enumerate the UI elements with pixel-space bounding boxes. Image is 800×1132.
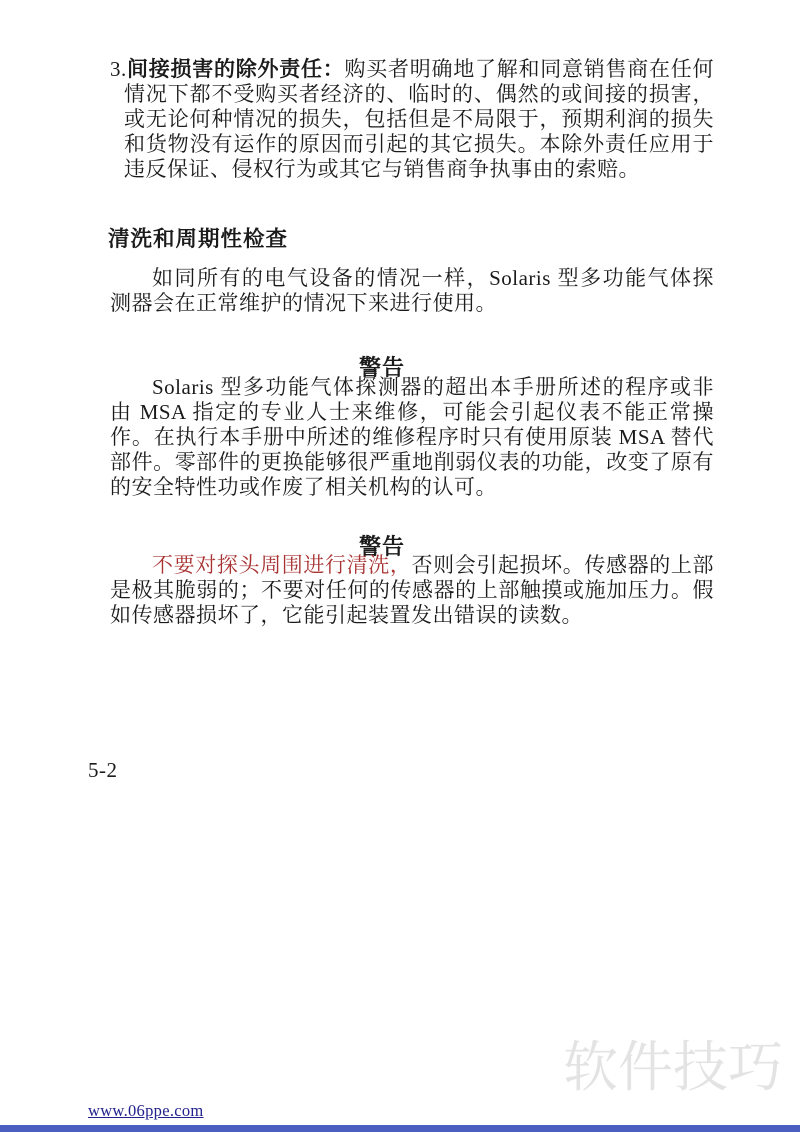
- document-page: 3.间接损害的除外责任：购买者明确地了解和同意销售商在任何情况下都不受购买者经济…: [0, 0, 800, 1132]
- warning-cleaning-paragraph: 不要对探头周围进行清洗，否则会引起损坏。传感器的上部是极其脆弱的；不要对任何的传…: [110, 553, 714, 628]
- warning-service-paragraph: Solaris 型多功能气体探测器的超出本手册所述的程序或非由 MSA 指定的专…: [110, 375, 714, 500]
- watermark-text: 软件技巧: [563, 1040, 783, 1095]
- intro-paragraph: 如同所有的电气设备的情况一样，Solaris 型多功能气体探测器会在正常维护的情…: [110, 266, 714, 316]
- footer-website-link[interactable]: www.06ppe.com: [88, 1101, 204, 1121]
- list-item-number: 3.: [110, 57, 127, 81]
- warning-cleaning-red-text: 不要对探头周围进行清洗，: [152, 553, 411, 577]
- bottom-blue-bar: [0, 1125, 800, 1132]
- page-number: 5-2: [88, 758, 118, 783]
- section-heading-cleaning-inspection: 清洗和周期性检查: [108, 222, 288, 253]
- exclusion-clause-title: 间接损害的除外责任：: [127, 57, 345, 81]
- exclusion-clause-paragraph: 3.间接损害的除外责任：购买者明确地了解和同意销售商在任何情况下都不受购买者经济…: [110, 57, 714, 182]
